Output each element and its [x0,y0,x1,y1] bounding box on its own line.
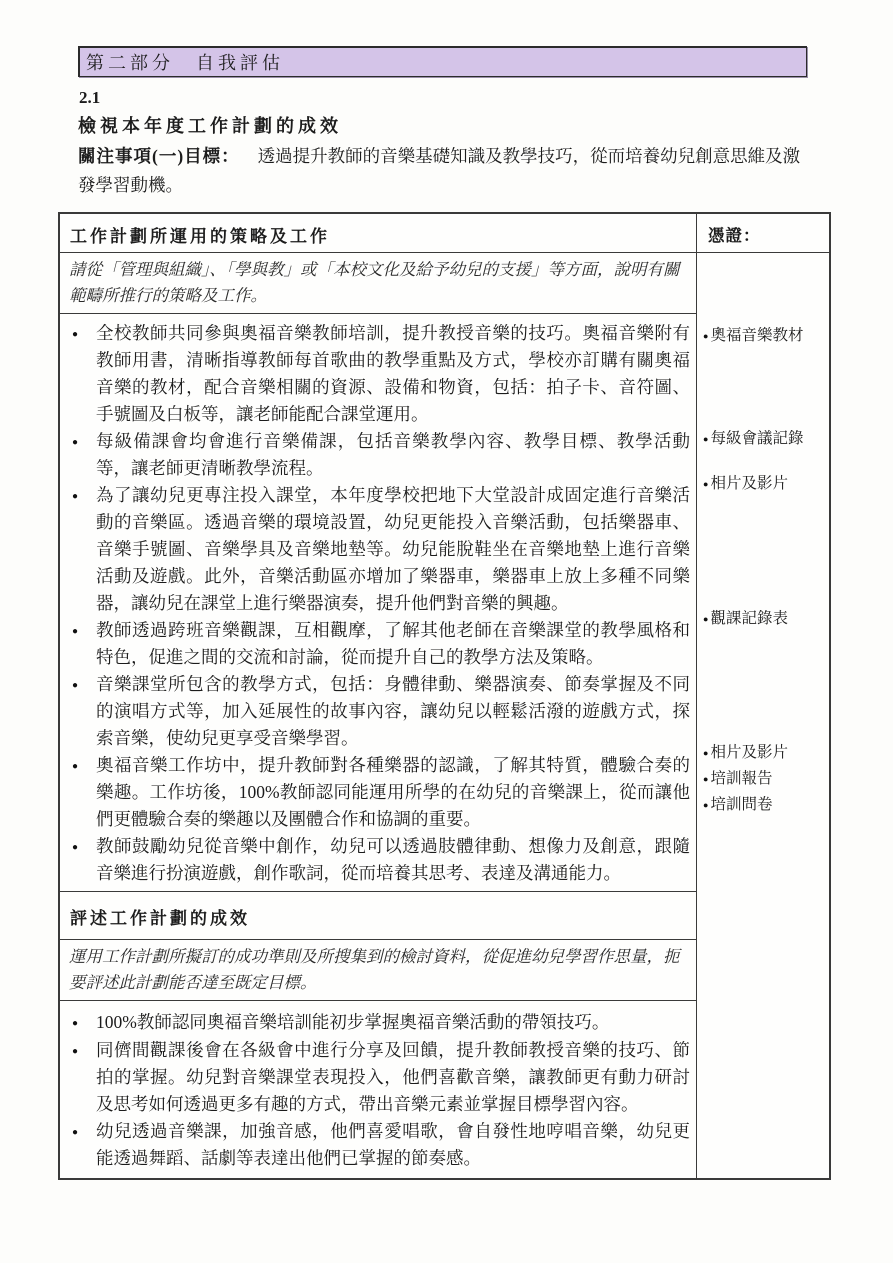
table-body: 請從「管理與組織」、「學與教」或「本校文化及給予幼兒的支援」等方面，說明有關範疇… [60,253,829,1178]
strategy-text: 每級備課會均會進行音樂備課，包括音樂教學內容、教學目標、教學活動等，讓老師更清晰… [96,428,690,482]
evidence-item: ● 觀課記錄表 [703,608,788,630]
evidence-text: 相片及影片 [710,742,788,764]
focus-paragraph: 關注事項(一)目標：透過提升教師的音樂基礎知識及教學技巧，從而培養幼兒創意思維及… [78,142,816,200]
strategy-text: 全校教師共同參與奧福音樂教師培訓，提升教授音樂的技巧。奧福音樂附有教師用書，清晰… [96,320,690,428]
bullet-icon: ● [703,768,708,790]
evidence-item: ● 培訓報告 [703,768,772,790]
bullet-icon: ● [703,742,708,764]
section-banner: 第二部分 自我評估 [78,46,807,77]
strategy-text: 音樂課堂所包含的教學方式，包括：身體律動、樂器演奏、節奏掌握及不同的演唱方式等，… [96,671,690,752]
bullet-icon: ● [72,1009,96,1037]
document-page: 第二部分 自我評估 2.1 檢視本年度工作計劃的成效 關注事項(一)目標：透過提… [0,0,893,1263]
evidence-item: ● 培訓問卷 [703,794,772,816]
evaluation-text: 幼兒透過音樂課，加強音感，他們喜愛唱歌，會自發性地哼唱音樂，幼兒更能透過舞蹈、話… [96,1118,690,1172]
evaluation-instruction-note: 運用工作計劃所擬訂的成功準則及所搜集到的檢討資料，從促進幼兒學習作思量，扼要評述… [60,940,696,1001]
evaluation-text: 同儕間觀課後會在各級會中進行分享及回饋，提升教師教授音樂的技巧、節拍的掌握。幼兒… [96,1037,690,1118]
header-strategies: 工作計劃所運用的策略及工作 [60,214,696,252]
evaluation-item: ● 幼兒透過音樂課，加強音感，他們喜愛唱歌，會自發性地哼唱音樂，幼兒更能透過舞蹈… [72,1118,690,1172]
table-header-row: 工作計劃所運用的策略及工作 憑證： [60,214,829,253]
bullet-icon: ● [72,320,96,428]
strategy-item: ● 教師透過跨班音樂觀課，互相觀摩，了解其他老師在音樂課堂的教學風格和特色，促進… [72,617,690,671]
strategies-column: 請從「管理與組織」、「學與教」或「本校文化及給予幼兒的支援」等方面，說明有關範疇… [60,253,696,1178]
section-number: 2.1 [79,88,100,108]
strategy-item: ● 全校教師共同參與奧福音樂教師培訓，提升教授音樂的技巧。奧福音樂附有教師用書，… [72,320,690,428]
evidence-item: ● 相片及影片 [703,742,788,764]
evidence-text: 奧福音樂教材 [710,325,803,347]
bullet-icon: ● [703,473,708,495]
evidence-text: 每級會議記錄 [710,428,803,450]
strategy-item: ● 教師鼓勵幼兒從音樂中創作，幼兒可以透過肢體律動、想像力及創意，跟隨音樂進行扮… [72,833,690,887]
strategy-item: ● 奧福音樂工作坊中，提升教師對各種樂器的認識，了解其特質，體驗合奏的樂趣。工作… [72,752,690,833]
strategy-text: 教師鼓勵幼兒從音樂中創作，幼兒可以透過肢體律動、想像力及創意，跟隨音樂進行扮演遊… [96,833,690,887]
bullet-icon: ● [703,794,708,816]
evaluation-item: ● 同儕間觀課後會在各級會中進行分享及回饋，提升教師教授音樂的技巧、節拍的掌握。… [72,1037,690,1118]
evidence-item: ● 奧福音樂教材 [703,325,803,347]
strategy-text: 為了讓幼兒更專注投入課堂，本年度學校把地下大堂設計成固定進行音樂活動的音樂區。透… [96,482,690,617]
strategy-text: 教師透過跨班音樂觀課，互相觀摩，了解其他老師在音樂課堂的教學風格和特色，促進之間… [96,617,690,671]
evidence-text: 培訓問卷 [710,794,772,816]
bullet-icon: ● [703,608,708,630]
focus-label: 關注事項(一)目標： [78,146,240,166]
bullet-icon: ● [72,428,96,482]
bullet-icon: ● [703,428,708,450]
bullet-icon: ● [72,1118,96,1172]
section-subtitle: 檢視本年度工作計劃的成效 [78,112,342,138]
evidence-item: ● 每級會議記錄 [703,428,803,450]
header-evidence: 憑證： [696,214,829,252]
bullet-icon: ● [72,1037,96,1118]
strategy-item: ● 音樂課堂所包含的教學方式，包括：身體律動、樂器演奏、節奏掌握及不同的演唱方式… [72,671,690,752]
strategy-item: ● 每級備課會均會進行音樂備課，包括音樂教學內容、教學目標、教學活動等，讓老師更… [72,428,690,482]
bullet-icon: ● [703,325,708,347]
self-evaluation-table: 工作計劃所運用的策略及工作 憑證： 請從「管理與組織」、「學與教」或「本校文化及… [58,212,831,1180]
bullet-icon: ● [72,671,96,752]
evaluation-header: 評述工作計劃的成效 [60,892,696,940]
strategies-cell: ● 全校教師共同參與奧福音樂教師培訓，提升教授音樂的技巧。奧福音樂附有教師用書，… [60,314,696,892]
strategies-instruction-note: 請從「管理與組織」、「學與教」或「本校文化及給予幼兒的支援」等方面，說明有關範疇… [60,253,696,314]
evidence-text: 觀課記錄表 [710,608,788,630]
bullet-icon: ● [72,482,96,617]
section-banner-title: 第二部分 自我評估 [86,49,284,75]
bullet-icon: ● [72,752,96,833]
strategy-item: ● 為了讓幼兒更專注投入課堂，本年度學校把地下大堂設計成固定進行音樂活動的音樂區… [72,482,690,617]
evidence-column: ● 奧福音樂教材 ● 每級會議記錄 ● 相片及影片 ● 觀課記錄表 ● 相片 [696,253,829,1178]
evaluation-item: ● 100%教師認同奧福音樂培訓能初步掌握奧福音樂活動的帶領技巧。 [72,1009,690,1037]
evaluation-cell: ● 100%教師認同奧福音樂培訓能初步掌握奧福音樂活動的帶領技巧。 ● 同儕間觀… [60,1001,696,1178]
bullet-icon: ● [72,833,96,887]
evidence-item: ● 相片及影片 [703,473,788,495]
bullet-icon: ● [72,617,96,671]
evidence-text: 培訓報告 [710,768,772,790]
evidence-text: 相片及影片 [710,473,788,495]
evaluation-text: 100%教師認同奧福音樂培訓能初步掌握奧福音樂活動的帶領技巧。 [96,1009,690,1037]
strategy-text: 奧福音樂工作坊中，提升教師對各種樂器的認識，了解其特質，體驗合奏的樂趣。工作坊後… [96,752,690,833]
